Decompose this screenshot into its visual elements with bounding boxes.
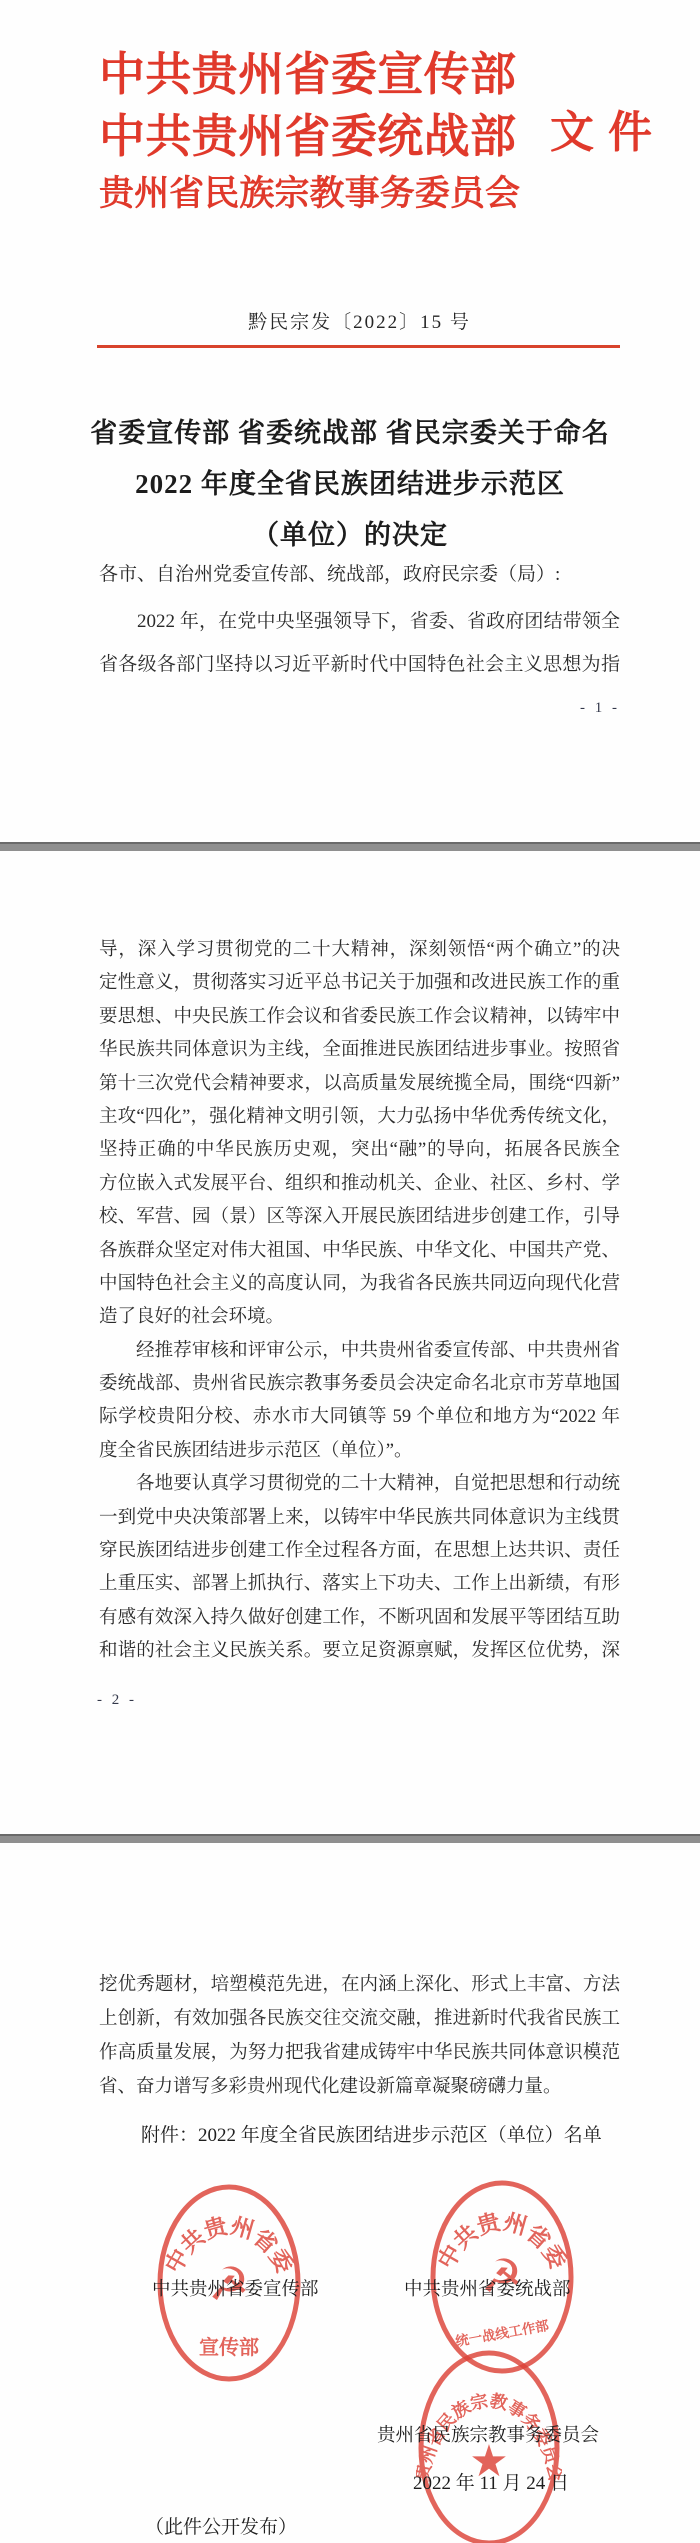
text-line: 造了良好的社会环境。 bbox=[99, 1301, 620, 1334]
page-number-1: - 1 - bbox=[99, 698, 620, 718]
text-line: 经推荐审核和评审公示，中共贵州省委宣传部、中共贵州省 bbox=[99, 1335, 620, 1368]
text-line: 和谐的社会主义民族关系。要立足资源禀赋，发挥区位优势，深 bbox=[99, 1635, 620, 1668]
text-line: 坚持正确的中华民族历史观，突出“融”的导向，拓展各民族全 bbox=[99, 1134, 620, 1167]
page-separator bbox=[0, 1834, 700, 1843]
red-rule-divider bbox=[97, 345, 620, 348]
doc-type-label: 文件 bbox=[550, 102, 666, 164]
page-separator bbox=[0, 842, 700, 851]
text-line: 有感有效深入持久做好创建工作，不断巩固和发展平等团结互助 bbox=[99, 1602, 620, 1635]
page2-body: 导，深入学习贯彻党的二十大精神，深刻领悟“两个确立”的决定性意义，贯彻落实习近平… bbox=[99, 934, 620, 1669]
text-line: 方位嵌入式发展平台、组织和推动机关、企业、社区、乡村、学 bbox=[99, 1168, 620, 1201]
document-scan: 中共贵州省委宣传部中共贵州省委统战部贵州省民族宗教事务委员会 文件 黔民宗发〔2… bbox=[0, 0, 700, 2543]
text-line: 省委宣传部 省委统战部 省民宗委关于命名 bbox=[60, 408, 640, 459]
doc-number: 黔民宗发〔2022〕15 号 bbox=[99, 311, 620, 335]
text-line: 导，深入学习贯彻党的二十大精神，深刻领悟“两个确立”的决 bbox=[99, 934, 620, 967]
text-line: 度全省民族团结进步示范区（单位）”。 bbox=[99, 1435, 620, 1468]
svg-text:宣传部: 宣传部 bbox=[199, 2335, 259, 2359]
text-line: 委统战部、贵州省民族宗教事务委员会决定命名北京市芳草地国 bbox=[99, 1368, 620, 1401]
text-line: 中共贵州省委宣传部 bbox=[99, 44, 516, 106]
text-line: 各地要认真学习贯彻党的二十大精神，自觉把思想和行动统 bbox=[99, 1468, 620, 1501]
signature-org-united-front: 中共贵州省委统战部 bbox=[404, 2278, 571, 2302]
text-line: 作高质量发展，为努力把我省建成铸牢中华民族共同体意识模范 bbox=[99, 2036, 620, 2070]
text-line: 华民族共同体意识为主线，全面推进民族团结进步事业。按照省 bbox=[99, 1034, 620, 1067]
text-line: 中国特色社会主义的高度认同，为我省各民族共同迈向现代化营 bbox=[99, 1268, 620, 1301]
text-line: 穿民族团结进步创建工作全过程各方面，在思想上达共识、责任 bbox=[99, 1535, 620, 1568]
page1-body: 2022 年，在党中央坚强领导下，省委、省政府团结带领全省各级各部门坚持以习近平… bbox=[99, 600, 620, 686]
salutation: 各市、自治州党委宣传部、统战部，政府民宗委（局）: bbox=[99, 562, 620, 588]
text-line: 主攻“四化”，强化精神文明引领，大力弘扬中华优秀传统文化， bbox=[99, 1101, 620, 1134]
text-line: 贵州省民族宗教事务委员会 bbox=[99, 168, 520, 220]
document-title: 省委宣传部 省委统战部 省民宗委关于命名2022 年度全省民族团结进步示范区（单… bbox=[60, 408, 640, 561]
letterhead: 中共贵州省委宣传部中共贵州省委统战部贵州省民族宗教事务委员会 bbox=[99, 44, 516, 220]
text-line: 际学校贵阳分校、赤水市大同镇等 59 个单位和地方为“2022 年 bbox=[99, 1401, 620, 1434]
signature-org-propaganda: 中共贵州省委宣传部 bbox=[152, 2278, 319, 2302]
svg-text:统一战线工作部: 统一战线工作部 bbox=[454, 2317, 550, 2349]
text-line: 省各级各部门坚持以习近平新时代中国特色社会主义思想为指 bbox=[99, 643, 620, 686]
text-line: （单位）的决定 bbox=[60, 510, 640, 561]
text-line: 中共贵州省委统战部 bbox=[99, 106, 516, 168]
official-seal-united-front: 中共贵州省委 ☭ 统一战线工作部 bbox=[428, 2178, 576, 2376]
text-line: 挖优秀题材，培塑模范先进，在内涵上深化、形式上丰富、方法 bbox=[99, 1968, 620, 2002]
text-line: 要思想、中央民族工作会议和省委民族工作会议精神，以铸牢中 bbox=[99, 1001, 620, 1034]
text-line: 定性意义，贯彻落实习近平总书记关于加强和改进民族工作的重 bbox=[99, 967, 620, 1000]
text-line: 上重压实、部署上抓执行、落实上下功夫、工作上出新绩，有形 bbox=[99, 1568, 620, 1601]
text-line: 第十三次党代会精神要求，以高质量发展统揽全局，围绕“四新” bbox=[99, 1068, 620, 1101]
signature-date: 2022 年 11 月 24 日 bbox=[413, 2472, 569, 2496]
text-line: 2022 年，在党中央坚强领导下，省委、省政府团结带领全 bbox=[99, 600, 620, 643]
attachment-line: 附件：2022 年度全省民族团结进步示范区（单位）名单 bbox=[141, 2122, 681, 2150]
text-line: 上创新，有效加强各民族交往交流交融，推进新时代我省民族工 bbox=[99, 2002, 620, 2036]
text-line: 一到党中央决策部署上来，以铸牢中华民族共同体意识为主线贯 bbox=[99, 1502, 620, 1535]
signature-org-ethnic-religious: 贵州省民族宗教事务委员会 bbox=[377, 2424, 599, 2448]
text-line: 校、军营、园（景）区等深入开展民族团结进步创建工作，引导 bbox=[99, 1201, 620, 1234]
text-line: 2022 年度全省民族团结进步示范区 bbox=[60, 459, 640, 510]
text-line: 省、奋力谱写多彩贵州现代化建设新篇章凝聚磅礴力量。 bbox=[99, 2070, 620, 2104]
text-line: 各族群众坚定对伟大祖国、中华民族、中华文化、中国共产党、 bbox=[99, 1235, 620, 1268]
page3-body: 挖优秀题材，培塑模范先进，在内涵上深化、形式上丰富、方法上创新，有效加强各民族交… bbox=[99, 1968, 620, 2104]
page-number-2: - 2 - bbox=[97, 1690, 137, 1710]
public-release-note: （此件公开发布） bbox=[145, 2516, 297, 2540]
